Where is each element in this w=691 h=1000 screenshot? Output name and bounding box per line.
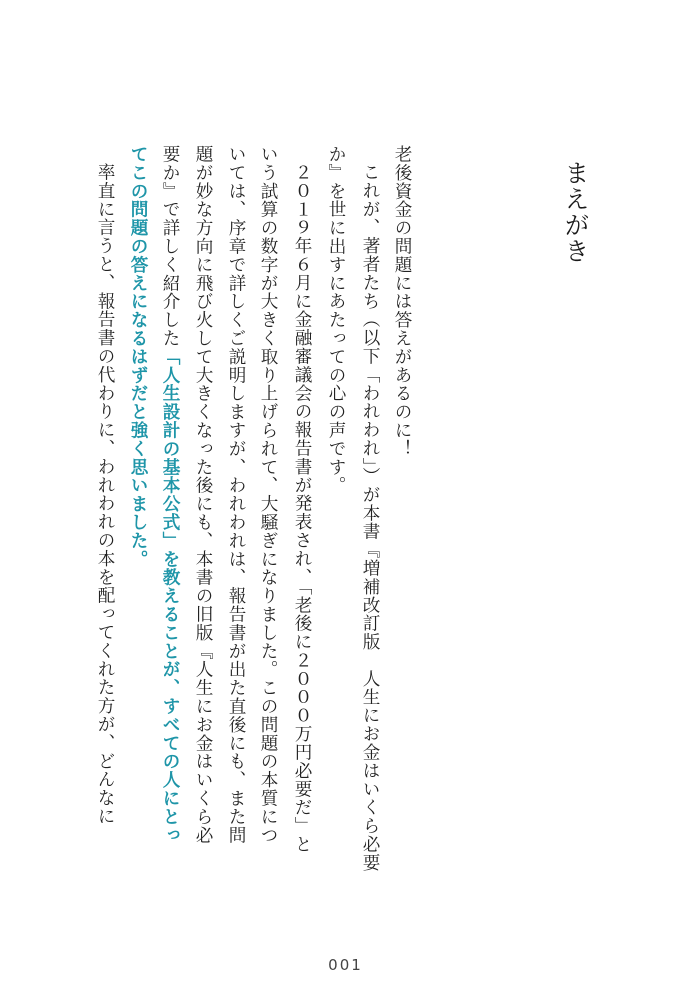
- highlighted-text: 「人生設計の基本公式」を教えることが、すべての人にとっ: [160, 347, 180, 844]
- page-number: 001: [0, 956, 691, 974]
- text-column-6: いては、序章で詳しくご説明しますが、われわれは、報告書が出た直後にも、また問: [225, 145, 247, 865]
- text-column-9: てこの問題の答えになるはずだと強く思いました。: [127, 145, 149, 865]
- text-line: 題が妙な方向に飛び火して大きくなった後にも、本書の旧版『人生にお金はいくら必: [193, 145, 213, 844]
- text-column-5: いう試算の数字が大きく取り上げられて、大騒ぎになりました。この問題の本質につ: [257, 145, 279, 865]
- text-column-8: 要か』で詳しく紹介した「人生設計の基本公式」を教えることが、すべての人にとっ: [159, 145, 181, 865]
- text-line: これが、著者たち（以下「われわれ」）が本書『増補改訂版 人生にお金はいくら必要: [360, 163, 380, 872]
- text-line: ２０１９年６月に金融審議会の報告書が発表され、「老後に２０００万円必要だ」と: [292, 163, 312, 853]
- text-column-7: 題が妙な方向に飛び火して大きくなった後にも、本書の旧版『人生にお金はいくら必: [192, 145, 214, 865]
- text-line: 率直に言うと、報告書の代わりに、われわれの本を配ってくれた方が、どんなに: [95, 163, 115, 825]
- text-line: 要か』で詳しく紹介した: [160, 145, 180, 347]
- text-column-1: 老後資金の問題には答えがあるのに！: [391, 145, 413, 865]
- chapter-title: まえがき: [557, 160, 593, 264]
- text-column-2: これが、著者たち（以下「われわれ」）が本書『増補改訂版 人生にお金はいくら必要: [359, 145, 381, 883]
- highlighted-text: てこの問題の答えになるはずだと強く思いました。: [128, 145, 148, 568]
- book-page: まえがき 老後資金の問題には答えがあるのに！ これが、著者たち（以下「われわれ」…: [0, 0, 691, 1000]
- text-column-4: ２０１９年６月に金融審議会の報告書が発表され、「老後に２０００万円必要だ」と: [291, 145, 313, 883]
- text-line: いては、序章で詳しくご説明しますが、われわれは、報告書が出た直後にも、また問: [226, 145, 246, 844]
- text-column-3: か』を世に出すにあたっての心の声です。: [325, 145, 347, 865]
- text-line: いう試算の数字が大きく取り上げられて、大騒ぎになりました。この問題の本質につ: [258, 145, 278, 844]
- text-line: 老後資金の問題には答えがあるのに！: [392, 145, 412, 458]
- text-line: か』を世に出すにあたっての心の声です。: [326, 145, 346, 495]
- text-column-10: 率直に言うと、報告書の代わりに、われわれの本を配ってくれた方が、どんなに: [94, 145, 116, 883]
